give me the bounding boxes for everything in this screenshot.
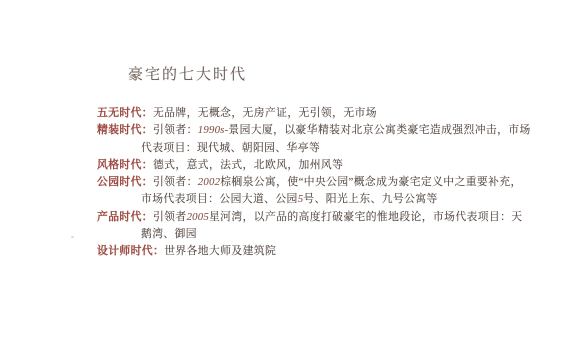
era-line-continuation: 市场代表项目：公园大道、公园5号、阳光上东、九号公寓等 [97,191,517,208]
era-text: 景园大厦，以豪华精装对北京公寓类豪宅造成强烈冲击，市场 [228,124,530,136]
era-line-continuation: 鹅湾、御园 [97,226,517,243]
era-label: 公园时代： [97,176,153,188]
era-line: 设计师时代：世界各地大师及建筑院 [97,243,517,260]
era-line: 风格时代：德式，意式，法式，北欧风，加州风等 [97,157,517,174]
era-label: 五无时代： [97,107,153,119]
era-line-continuation: 代表项目：现代城、朝阳园、华亭等 [97,140,517,157]
era-paragraph: 产品时代：引领者2005星河湾，以产品的高度打破豪宅的惟地段论，市场代表项目：天… [97,209,517,244]
era-text: 无品牌，无概念，无房产证，无引领，无市场 [153,107,377,119]
era-text: 引领者： [153,124,198,136]
era-text: 市场代表项目：公园大道、公园 [141,193,298,205]
era-text: 德式，意式，法式，北欧风，加州风等 [153,159,343,171]
era-text: 号、阳光上东、九号公寓等 [303,193,437,205]
era-paragraph: 精装时代：引领者：1990s-景园大厦，以豪华精装对北京公寓类豪宅造成强烈冲击，… [97,122,517,157]
era-text: 鹅湾、御园 [141,228,197,240]
page-title: 豪宅的七大时代 [128,63,247,84]
era-paragraph: 五无时代：无品牌，无概念，无房产证，无引领，无市场 [97,105,517,122]
stray-mark [71,236,74,238]
era-paragraph: 公园时代：引领者：2002棕榈泉公寓，使“中央公园”概念成为豪宅定义中之重要补充… [97,174,517,209]
era-label: 产品时代： [97,211,153,223]
slide-page: 豪宅的七大时代 五无时代：无品牌，无概念，无房产证，无引领，无市场精装时代：引领… [0,0,570,360]
era-paragraph: 设计师时代：世界各地大师及建筑院 [97,243,517,260]
era-label: 设计师时代： [97,245,164,257]
era-line: 精装时代：引领者：1990s-景园大厦，以豪华精装对北京公寓类豪宅造成强烈冲击，… [97,122,517,139]
era-text: 世界各地大师及建筑院 [164,245,276,257]
era-text: 星河湾，以产品的高度打破豪宅的惟地段论，市场代表项目：天 [209,211,523,223]
era-label: 风格时代： [97,159,153,171]
era-year-text: 2002 [198,176,220,188]
era-line: 产品时代：引领者2005星河湾，以产品的高度打破豪宅的惟地段论，市场代表项目：天 [97,209,517,226]
era-text: 代表项目：现代城、朝阳园、华亭等 [141,142,320,154]
era-line: 五无时代：无品牌，无概念，无房产证，无引领，无市场 [97,105,517,122]
era-year-text: 2005 [187,211,209,223]
era-paragraph: 风格时代：德式，意式，法式，北欧风，加州风等 [97,157,517,174]
era-text: 引领者： [153,176,198,188]
era-line: 公园时代：引领者：2002棕榈泉公寓，使“中央公园”概念成为豪宅定义中之重要补充… [97,174,517,191]
era-text: 引领者 [153,211,187,223]
era-label: 精装时代： [97,124,153,136]
era-list: 五无时代：无品牌，无概念，无房产证，无引领，无市场精装时代：引领者：1990s-… [97,105,517,260]
era-year-text: 1990s- [198,124,229,136]
era-text: 棕榈泉公寓，使“中央公园”概念成为豪宅定义中之重要补充， [220,176,522,188]
